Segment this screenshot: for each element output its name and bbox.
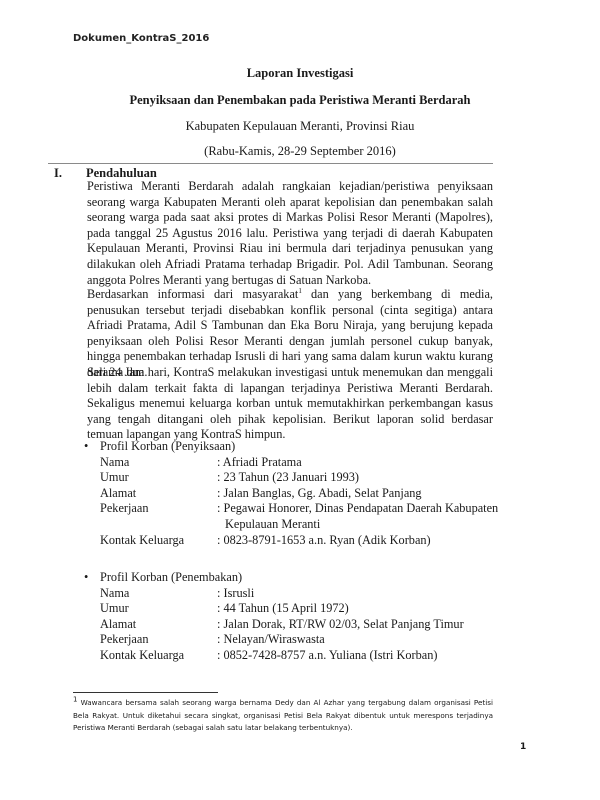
paragraph-text: Selama dua hari, KontraS melakukan inves… [87, 365, 493, 443]
profile-row: Nama: Isrusli [80, 586, 520, 602]
field-label: Alamat [100, 486, 217, 502]
profile-row: Alamat: Jalan Dorak, RT/RW 02/03, Selat … [80, 617, 520, 633]
profile-row: Nama: Afriadi Pratama [80, 455, 520, 471]
footnote-divider [73, 692, 218, 693]
section-number: I. [54, 166, 86, 181]
field-label: Pekerjaan [100, 632, 217, 648]
field-value: : 0852-7428-8757 a.n. Yuliana (Istri Kor… [217, 648, 520, 664]
field-label: Kontak Keluarga [100, 648, 217, 664]
field-value: : Isrusli [217, 586, 520, 602]
footnote: 1 Wawancara bersama salah seorang warga … [73, 697, 493, 735]
paragraph-3: Selama dua hari, KontraS melakukan inves… [87, 365, 493, 443]
victim-profile-shooting: • Profil Korban (Penembakan) Nama: Isrus… [80, 570, 520, 664]
profile-row: Pekerjaan: Nelayan/Wiraswasta [80, 632, 520, 648]
field-value: : Jalan Dorak, RT/RW 02/03, Selat Panjan… [217, 617, 520, 633]
document-page: Dokumen_KontraS_2016 Laporan Investigasi… [0, 0, 600, 800]
field-value: : Pegawai Honorer, Dinas Pendapatan Daer… [217, 501, 520, 532]
paragraph-text: Peristiwa Meranti Berdarah adalah rangka… [87, 179, 493, 288]
profile-row: Pekerjaan: Pegawai Honorer, Dinas Pendap… [80, 501, 520, 532]
footnote-body: Wawancara bersama salah seorang warga be… [73, 698, 493, 732]
profile-row: Alamat: Jalan Banglas, Gg. Abadi, Selat … [80, 486, 520, 502]
document-header-label: Dokumen_KontraS_2016 [73, 33, 209, 44]
field-label: Umur [100, 601, 217, 617]
field-label: Alamat [100, 617, 217, 633]
report-subtitle: Penyiksaan dan Penembakan pada Peristiwa… [0, 93, 600, 108]
field-label: Nama [100, 586, 217, 602]
paragraph-text-part: Berdasarkan informasi dari masyarakat [87, 287, 298, 301]
profile-row: Kontak Keluarga: 0823-8791-1653 a.n. Rya… [80, 533, 520, 549]
header-divider [48, 163, 493, 164]
field-value: : Nelayan/Wiraswasta [217, 632, 520, 648]
paragraph-1: Peristiwa Meranti Berdarah adalah rangka… [87, 179, 493, 288]
field-value: : Jalan Banglas, Gg. Abadi, Selat Panjan… [217, 486, 520, 502]
field-value: : 44 Tahun (15 April 1972) [217, 601, 520, 617]
field-value: : 0823-8791-1653 a.n. Ryan (Adik Korban) [217, 533, 520, 549]
profile-title: Profil Korban (Penembakan) [100, 570, 242, 586]
report-date: (Rabu-Kamis, 28-29 September 2016) [0, 144, 600, 159]
bullet-icon: • [80, 439, 100, 455]
field-label: Umur [100, 470, 217, 486]
profile-row: Umur: 23 Tahun (23 Januari 1993) [80, 470, 520, 486]
page-number: 1 [520, 742, 526, 752]
field-label: Kontak Keluarga [100, 533, 217, 549]
field-label: Pekerjaan [100, 501, 217, 532]
report-title: Laporan Investigasi [0, 66, 600, 81]
field-value: : 23 Tahun (23 Januari 1993) [217, 470, 520, 486]
bullet-icon: • [80, 570, 100, 586]
section-title: Pendahuluan [86, 166, 157, 180]
profile-row: Umur: 44 Tahun (15 April 1972) [80, 601, 520, 617]
profile-row: Kontak Keluarga: 0852-7428-8757 a.n. Yul… [80, 648, 520, 664]
victim-profile-torture: • Profil Korban (Penyiksaan) Nama: Afria… [80, 439, 520, 548]
report-location: Kabupaten Kepulauan Meranti, Provinsi Ri… [0, 119, 600, 134]
footnote-text: 1 Wawancara bersama salah seorang warga … [73, 697, 493, 735]
profile-title: Profil Korban (Penyiksaan) [100, 439, 235, 455]
field-value: : Afriadi Pratama [217, 455, 520, 471]
field-label: Nama [100, 455, 217, 471]
